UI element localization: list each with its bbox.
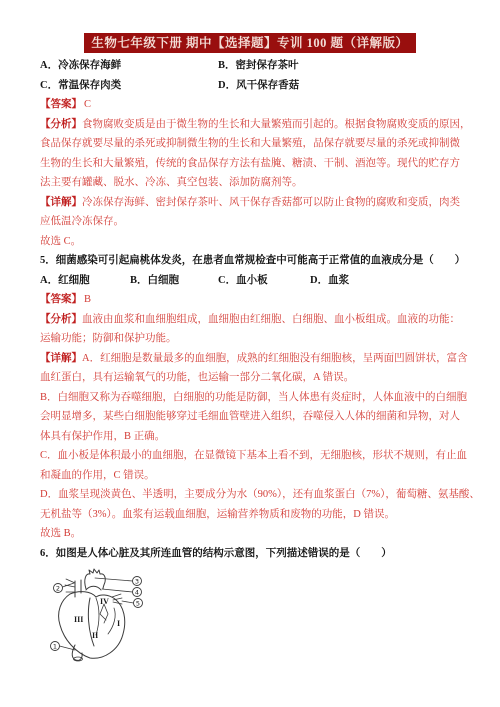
q4-option-c: C．常温保存肉类 — [40, 76, 218, 96]
q5-options: A．红细胞 B．白细胞 C．血小板 D．血浆 — [40, 271, 460, 291]
q5-detail-line-5: 体具有保护作用，B 正确。 — [40, 427, 460, 447]
q5-detail-line-4: 会明显增多，某些白细胞能够穿过毛细血管壁进入组织，吞噬侵入人体的细菌和异物，对人 — [40, 407, 460, 427]
q5-analysis-line-2: 运输功能；防御和保护功能。 — [40, 329, 460, 349]
q5-option-b: B．白细胞 — [130, 271, 218, 291]
q6-question: 6．如图是人体心脏及其所连血管的结构示意图，下列描述错误的是（ ） — [40, 544, 460, 564]
q5-option-a: A．红细胞 — [40, 271, 130, 291]
q5-analysis-line-1: 【分析】血液由血浆和血细胞组成，血细胞由红细胞、白细胞、血小板组成。血液的功能： — [40, 310, 460, 330]
inner-wall-right — [108, 608, 115, 634]
q5-detail-line-1: 【详解】A．红细胞是数量最多的血细胞，成熟的红细胞没有细胞核，呈两面凹圆饼状，富… — [40, 349, 460, 369]
chamber-label-III: III — [74, 615, 83, 624]
q4-analysis-line-4: 法主要有罐藏、脱水、冷冻、真空包装、添加防腐剂等。 — [40, 173, 460, 193]
q4-options: A．冷冻保存海鲜 B．密封保存茶叶 C．常温保存肉类 D．风干保存香菇 — [40, 56, 460, 95]
heart-diagram: I II III IV 1 2 3 4 5 — [42, 568, 460, 668]
heart-diagram-svg: I II III IV 1 2 3 4 5 — [42, 568, 152, 668]
q4-analysis-line-1: 【分析】食物腐败变质是由于微生物的生长和大量繁殖而引起的。根据食物腐败变质的原因… — [40, 115, 460, 135]
leader-5 — [122, 601, 134, 603]
q5-answer-value: B — [84, 294, 91, 305]
q5-option-c: C．血小板 — [218, 271, 310, 291]
exam-content: A．冷冻保存海鲜 B．密封保存茶叶 C．常温保存肉类 D．风干保存香菇 【答案】… — [0, 53, 500, 668]
label-3: 3 — [135, 577, 139, 585]
vena-cava-superior — [75, 580, 81, 597]
q5-question: 5．细菌感染可引起扁桃体发炎，在患者血常规检查中可能高于正常值的血液成分是（ ） — [40, 251, 460, 271]
answer-tag: 【答案】 — [40, 294, 82, 305]
q4-analysis-line-2: 食品保存就要尽量的杀死或抑制微生物的生长和大量繁殖，品保存就要尽量的杀死或抑制微 — [40, 134, 460, 154]
q4-detail-line-2: 应低温冷冻保存。 — [40, 212, 460, 232]
leader-4 — [102, 589, 133, 592]
q4-analysis-line-3: 生物的生长和大量繁殖，传统的食品保存方法有盐腌、糖渍、干制、酒泡等。现代的贮存方 — [40, 154, 460, 174]
q4-detail-line-1: 【详解】冷冻保存海鲜、密封保存茶叶、风干保存香菇都可以防止食物的腐败和变质，肉类 — [40, 193, 460, 213]
analysis-tag: 【分析】 — [40, 119, 82, 130]
q4-answer-line: 【答案】C — [40, 95, 460, 115]
label-1: 1 — [53, 642, 57, 650]
q5-detail-line-3: B．白细胞又称为吞噬细胞，白细胞的功能是防御，当人体患有炎症时，人体血液中的白细… — [40, 388, 460, 408]
label-2: 2 — [56, 584, 60, 592]
q5-detail-line-9: 无机盐等（3%）。血浆有运载血细胞，运输营养物质和废物的功能，D 错误。 — [40, 505, 460, 525]
detail-tag: 【详解】 — [40, 353, 82, 364]
q5-detail-line-2: 血红蛋白，具有运输氧气的功能，也运输一部分二氧化碳，A 错误。 — [40, 368, 460, 388]
pulmonary-artery — [86, 586, 101, 590]
inner-wall-left — [96, 598, 99, 635]
chamber-label-IV: IV — [100, 597, 109, 606]
doc-title: 生物七年级下册 期中【选择题】专训 100 题（详解版） — [84, 33, 415, 53]
label-5: 5 — [136, 599, 140, 607]
q5-detail-line-7: 和凝血的作用，C 错误。 — [40, 466, 460, 486]
valve-lines — [100, 604, 108, 623]
q4-option-b: B．密封保存茶叶 — [218, 56, 460, 76]
leader-3 — [95, 578, 133, 581]
pulmonary-veins — [112, 594, 122, 604]
q5-detail-line-8: D．血浆呈现淡黄色、半透明，主要成分为水（90%），还有血浆蛋白（7%），葡萄糖… — [40, 485, 460, 505]
detail-tag: 【详解】 — [40, 197, 82, 208]
q4-conclusion: 故选 C。 — [40, 232, 460, 252]
q5-answer-line: 【答案】B — [40, 290, 460, 310]
label-4: 4 — [135, 588, 139, 596]
q4-option-a: A．冷冻保存海鲜 — [40, 56, 218, 76]
chamber-label-II: II — [92, 631, 98, 640]
answer-tag: 【答案】 — [40, 99, 82, 110]
title-banner-row: 生物七年级下册 期中【选择题】专训 100 题（详解版） — [0, 0, 500, 53]
q5-conclusion: 故选 B。 — [40, 524, 460, 544]
chamber-label-I: I — [117, 619, 120, 628]
analysis-tag: 【分析】 — [40, 314, 82, 325]
q5-option-d: D．血浆 — [310, 271, 460, 291]
q4-option-d: D．风干保存香菇 — [218, 76, 460, 96]
q5-detail-line-6: C．血小板是体积最小的血细胞，在显微镜下基本上看不到，无细胞核，形状不规则，有止… — [40, 446, 460, 466]
q4-answer-value: C — [84, 99, 91, 110]
